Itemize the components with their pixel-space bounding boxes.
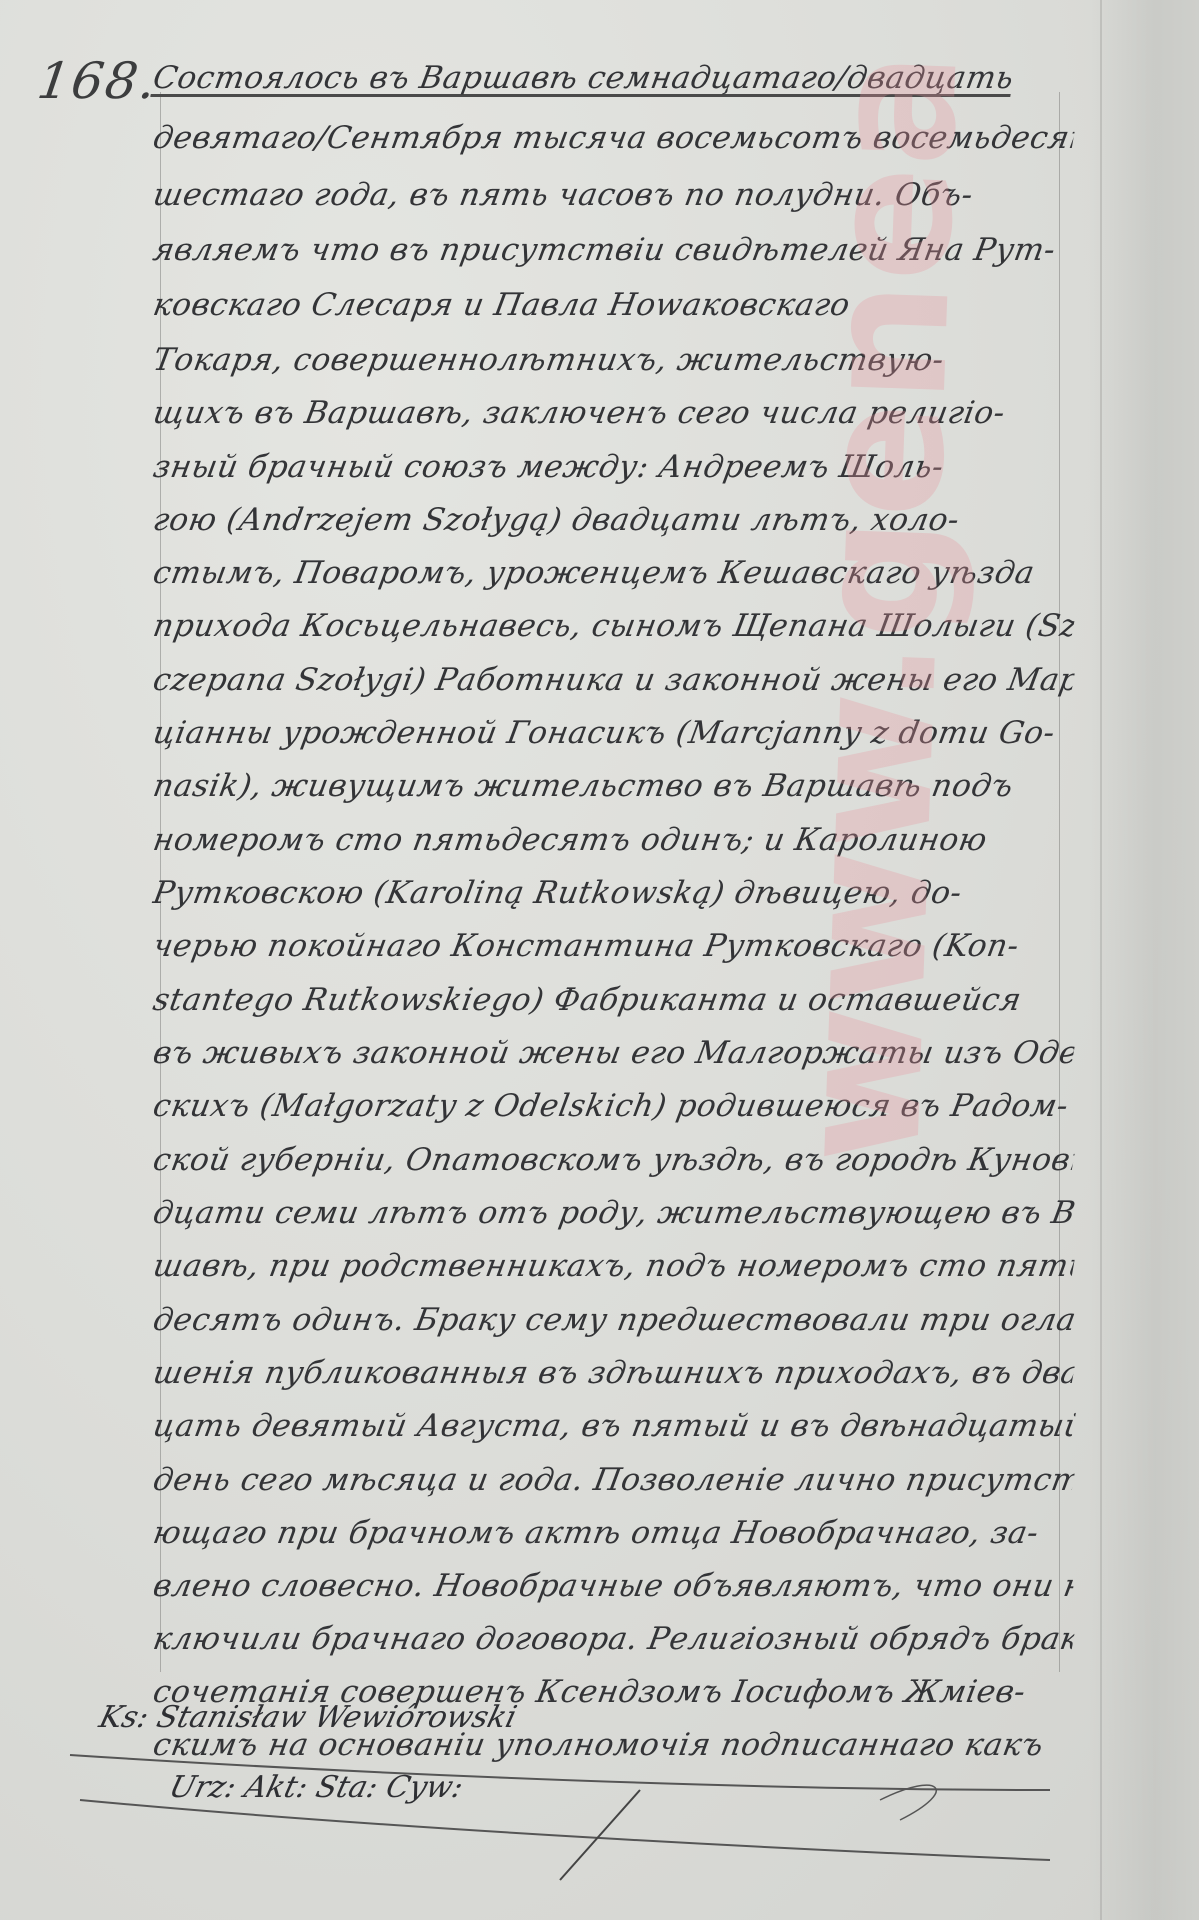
signature-flourish-icon: [0, 0, 1199, 1920]
document-page: 168. Состоялось въ Варшавѣ семнадцатаго/…: [0, 0, 1199, 1920]
